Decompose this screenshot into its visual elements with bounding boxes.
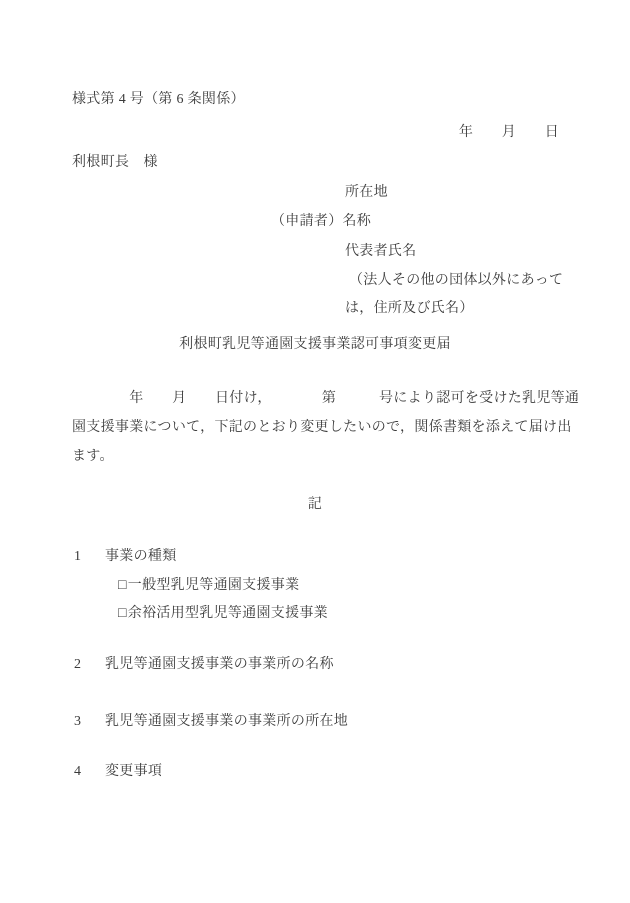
item-office-name: 2 乳児等通園支援事業の事業所の名称: [74, 655, 334, 675]
applicant-label-text: （申請者）: [271, 214, 343, 229]
checkbox-icon: □: [118, 604, 127, 624]
option-general-type: □ 一般型乳児等通園支援事業: [118, 576, 299, 596]
date-line: 年 月 日: [459, 123, 559, 143]
item-office-location: 3 乳児等通園支援事業の事業所の所在地: [74, 712, 348, 732]
body-line-3: ます。: [72, 442, 592, 471]
form-number: 様式第 4 号（第 6 条関係）: [72, 90, 245, 110]
document-page: 様式第 4 号（第 6 条関係） 年 月 日 利根町長 様 所在地 （申請者）名…: [0, 0, 630, 903]
option-label: 余裕活用型乳児等通園支援事業: [128, 604, 328, 624]
applicant-note-line1: （法人その他の団体以外にあって: [349, 271, 563, 291]
applicant-note-line2: は，住所及び氏名）: [345, 299, 474, 319]
option-surplus-type: □ 余裕活用型乳児等通園支援事業: [118, 604, 328, 624]
body-line-2: 園支援事業について，下記のとおり変更したいので，関係書類を添えて届け出: [72, 413, 592, 442]
item-number: 2: [74, 655, 105, 675]
item-business-type: 1 事業の種類: [74, 547, 177, 567]
checkbox-icon: □: [118, 576, 127, 596]
item-label: 事業の種類: [105, 547, 177, 567]
item-number: 4: [74, 762, 105, 782]
applicant-name-label: 名称: [343, 214, 372, 229]
body-paragraph: 年 月 日付け， 第 号により認可を受けた乳児等通 園支援事業について，下記のと…: [72, 384, 592, 471]
item-label: 乳児等通園支援事業の事業所の所在地: [105, 712, 348, 732]
body-line-1: 年 月 日付け， 第 号により認可を受けた乳児等通: [72, 384, 592, 413]
item-number: 1: [74, 547, 105, 567]
item-label: 変更事項: [105, 762, 162, 782]
list-marker: 記: [0, 495, 630, 515]
option-label: 一般型乳児等通園支援事業: [128, 576, 300, 596]
item-change-details: 4 変更事項: [74, 762, 162, 782]
addressee: 利根町長 様: [72, 153, 158, 173]
applicant-representative-label: 代表者氏名: [345, 242, 417, 262]
document-title: 利根町乳児等通園支援事業認可事項変更届: [0, 335, 630, 355]
applicant-address-label: 所在地: [345, 183, 388, 203]
item-number: 3: [74, 712, 105, 732]
applicant-label: （申請者）名称: [271, 212, 371, 232]
item-label: 乳児等通園支援事業の事業所の名称: [105, 655, 334, 675]
